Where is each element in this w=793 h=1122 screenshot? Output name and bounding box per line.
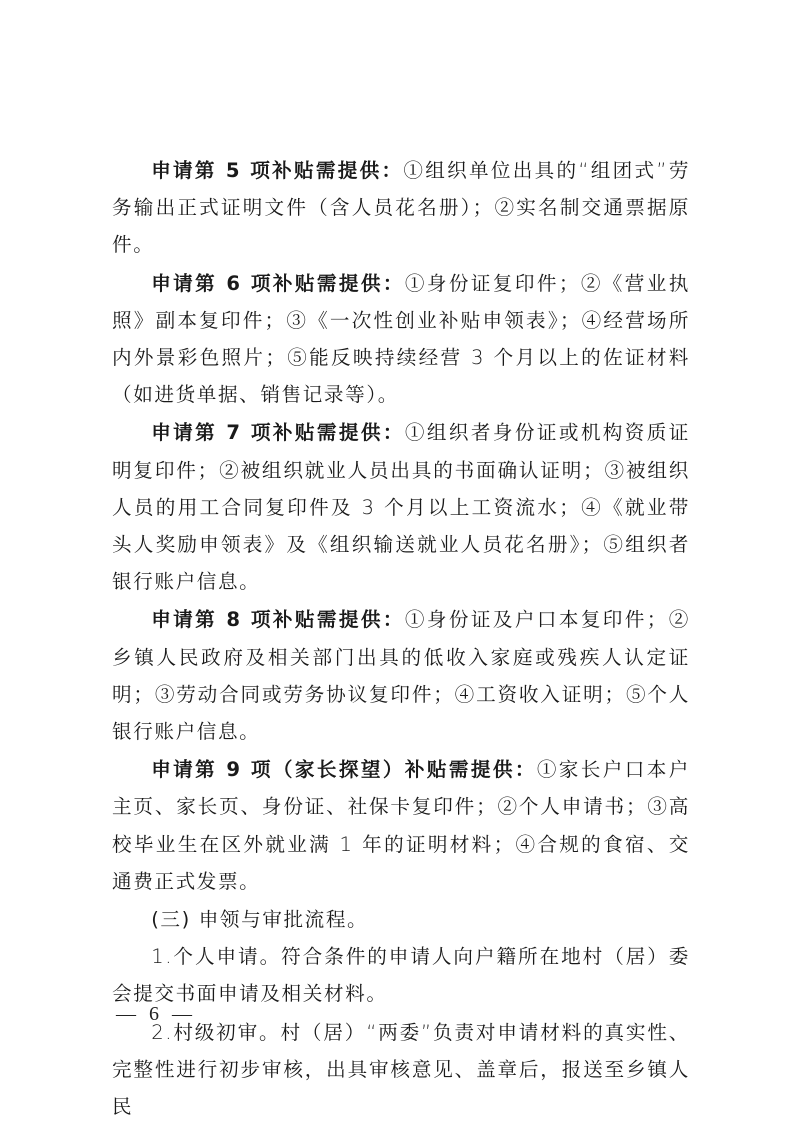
requirement-item-5: 申请第 5 项补贴需提供：①组织单位出具的“组团式”劳务输出正式证明文件（含人员… <box>112 152 690 264</box>
section-heading: (三) 申领与审批流程。 <box>112 901 690 938</box>
process-step-1: 1.个人申请。符合条件的申请人向户籍所在地村（居）委会提交书面申请及相关材料。 <box>112 938 690 1012</box>
process-step-2: 2.村级初审。村（居）“两委”负责对申请材料的真实性、完整性进行初步审核，出具审… <box>112 1014 690 1122</box>
requirement-lead: 申请第 9 项（家长探望）补贴需提供： <box>151 758 537 781</box>
document-body: 申请第 5 项补贴需提供：①组织单位出具的“组团式”劳务输出正式证明文件（含人员… <box>112 152 690 1122</box>
requirement-lead: 申请第 6 项补贴需提供： <box>151 272 405 295</box>
requirement-lead: 申请第 8 项补贴需提供： <box>151 608 405 631</box>
requirement-item-9: 申请第 9 项（家长探望）补贴需提供：①家长户口本户主页、家长页、身份证、社保卡… <box>112 751 690 900</box>
requirement-lead: 申请第 5 项补贴需提供： <box>151 159 403 182</box>
page-number: — 6 — <box>116 1003 196 1026</box>
requirement-item-6: 申请第 6 项补贴需提供：①身份证复印件；②《营业执照》副本复印件；③《一次性创… <box>112 265 690 414</box>
requirement-body: ①组织者身份证或机构资质证明复印件；②被组织就业人员出具的书面确认证明；③被组织… <box>112 421 690 593</box>
requirement-item-8: 申请第 8 项补贴需提供：①身份证及户口本复印件；②乡镇人民政府及相关部门出具的… <box>112 601 690 750</box>
requirement-item-7: 申请第 7 项补贴需提供：①组织者身份证或机构资质证明复印件；②被组织就业人员出… <box>112 414 690 600</box>
requirement-lead: 申请第 7 项补贴需提供： <box>151 421 405 444</box>
